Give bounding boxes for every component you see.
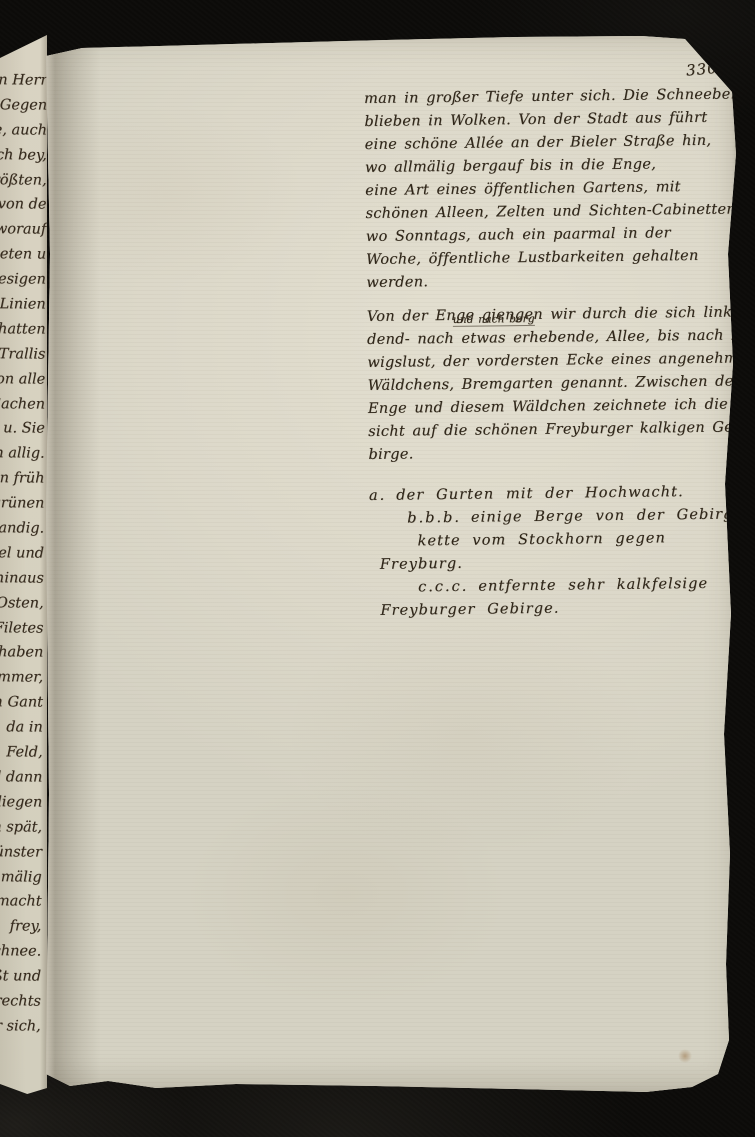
text-fragment: er sich, — [0, 1013, 41, 1039]
text-fragment: den Osten, — [0, 590, 44, 616]
text-fragment: alt, worauf — [0, 217, 46, 243]
key-text: kette vom Stockhorn gegen — [417, 530, 666, 549]
key-text: entfernte sehr kalkfelsige — [478, 576, 708, 595]
text-fragment: liegen — [0, 789, 42, 815]
text-fragment: von alle — [0, 366, 45, 392]
text-line: sicht auf die schönen Freyburger kalkige… — [368, 416, 755, 444]
text-fragment: rechts — [0, 988, 41, 1014]
page-number: 330. — [685, 58, 724, 79]
text-fragment: n hiesigen — [0, 267, 46, 293]
key-letter-label: c.c.c. — [418, 579, 468, 596]
text-fragment: Fileten u — [0, 242, 46, 268]
handwritten-body: man in großer Tiefe unter sich. Die Schn… — [364, 83, 755, 623]
text-fragment: die hatten — [0, 316, 46, 342]
text-fragment: lich bey, — [0, 142, 47, 168]
text-fragment: den früh — [0, 466, 45, 492]
text-fragment: e. Trallis — [0, 341, 45, 367]
text-fragment: sche, auch — [0, 117, 47, 143]
text-fragment: immer, — [0, 665, 43, 691]
key-text: der Gurten mit der Hochwacht. — [396, 484, 684, 504]
text-fragment: nigsten Herr — [0, 67, 47, 93]
text-fragment: n Linien — [0, 291, 46, 317]
text-fragment: und dann — [0, 764, 43, 790]
facing-page-edge: nigsten Herrichste Gegensche, auchlich b… — [0, 28, 47, 1094]
text-line: eine schöne Allée an der Bieler Straße h… — [365, 129, 755, 157]
text-fragment: r grünen — [0, 491, 44, 517]
text-fragment: ßt und — [0, 963, 41, 989]
text-fragment: Filetes — [0, 615, 44, 641]
key-letter-label: a. — [369, 488, 386, 504]
key-text: Freyburger Gebirge. — [380, 601, 559, 619]
text-fragment: den allig. — [0, 441, 45, 467]
text-fragment: u. Sie — [0, 416, 45, 442]
text-fragment: Feld, — [0, 739, 43, 765]
text-fragment: h Gant — [0, 690, 43, 716]
text-fragment: n spät, — [0, 814, 42, 840]
caption-key-list: a.der Gurten mit der Hochwacht.b.b.b.ein… — [369, 480, 755, 623]
text-fragment: os hinaus — [0, 565, 44, 591]
text-fragment: enhaben — [0, 640, 43, 666]
key-letter-label: b.b.b. — [407, 510, 461, 527]
text-fragment: Sandig. — [0, 515, 44, 541]
text-fragment: den größten, — [0, 167, 47, 193]
text-fragment: chemacht — [0, 889, 42, 915]
facing-page-text-fragments: nigsten Herrichste Gegensche, auchlich b… — [0, 67, 47, 1039]
text-fragment: da in — [0, 715, 43, 741]
text-line: werden. — [366, 267, 755, 295]
key-list-row: Freyburger Gebirge. — [370, 595, 755, 623]
text-fragment: Hübel und — [0, 540, 44, 566]
text-line: schönen Alleen, Zelten und Sichten-Cabin… — [365, 198, 755, 226]
text-line: birge. — [368, 439, 755, 467]
paragraph-2: Von der Enge giengen wir durch die sich … — [367, 301, 755, 467]
text-fragment: von de — [0, 192, 47, 218]
manuscript-page: 330. man in großer Tiefe unter sich. Die… — [46, 34, 736, 1098]
text-fragment: mälig — [0, 864, 42, 890]
key-text: Freyburg. — [380, 556, 463, 573]
photograph-backdrop: nigsten Herrichste Gegensche, auchlich b… — [0, 0, 755, 1137]
text-fragment: ichste Gegen — [0, 92, 47, 118]
text-line: Woche, öffentliche Lustbarkeiten gehalte… — [366, 244, 755, 272]
paragraph-1: man in großer Tiefe unter sich. Die Schn… — [364, 83, 755, 295]
text-fragment: Schnee. — [0, 939, 41, 965]
text-fragment: Münster — [0, 839, 42, 865]
key-list-row: b.b.b.einige Berge von der Gebirgs- — [369, 503, 755, 531]
text-fragment: frey, — [0, 914, 41, 940]
interline-insertion: und nach berg — [453, 313, 535, 326]
text-fragment: gen Sachen — [0, 391, 45, 417]
key-list-row: c.c.c.entfernte sehr kalkfelsige — [370, 572, 755, 600]
key-text: einige Berge von der Gebirgs- — [471, 506, 748, 525]
